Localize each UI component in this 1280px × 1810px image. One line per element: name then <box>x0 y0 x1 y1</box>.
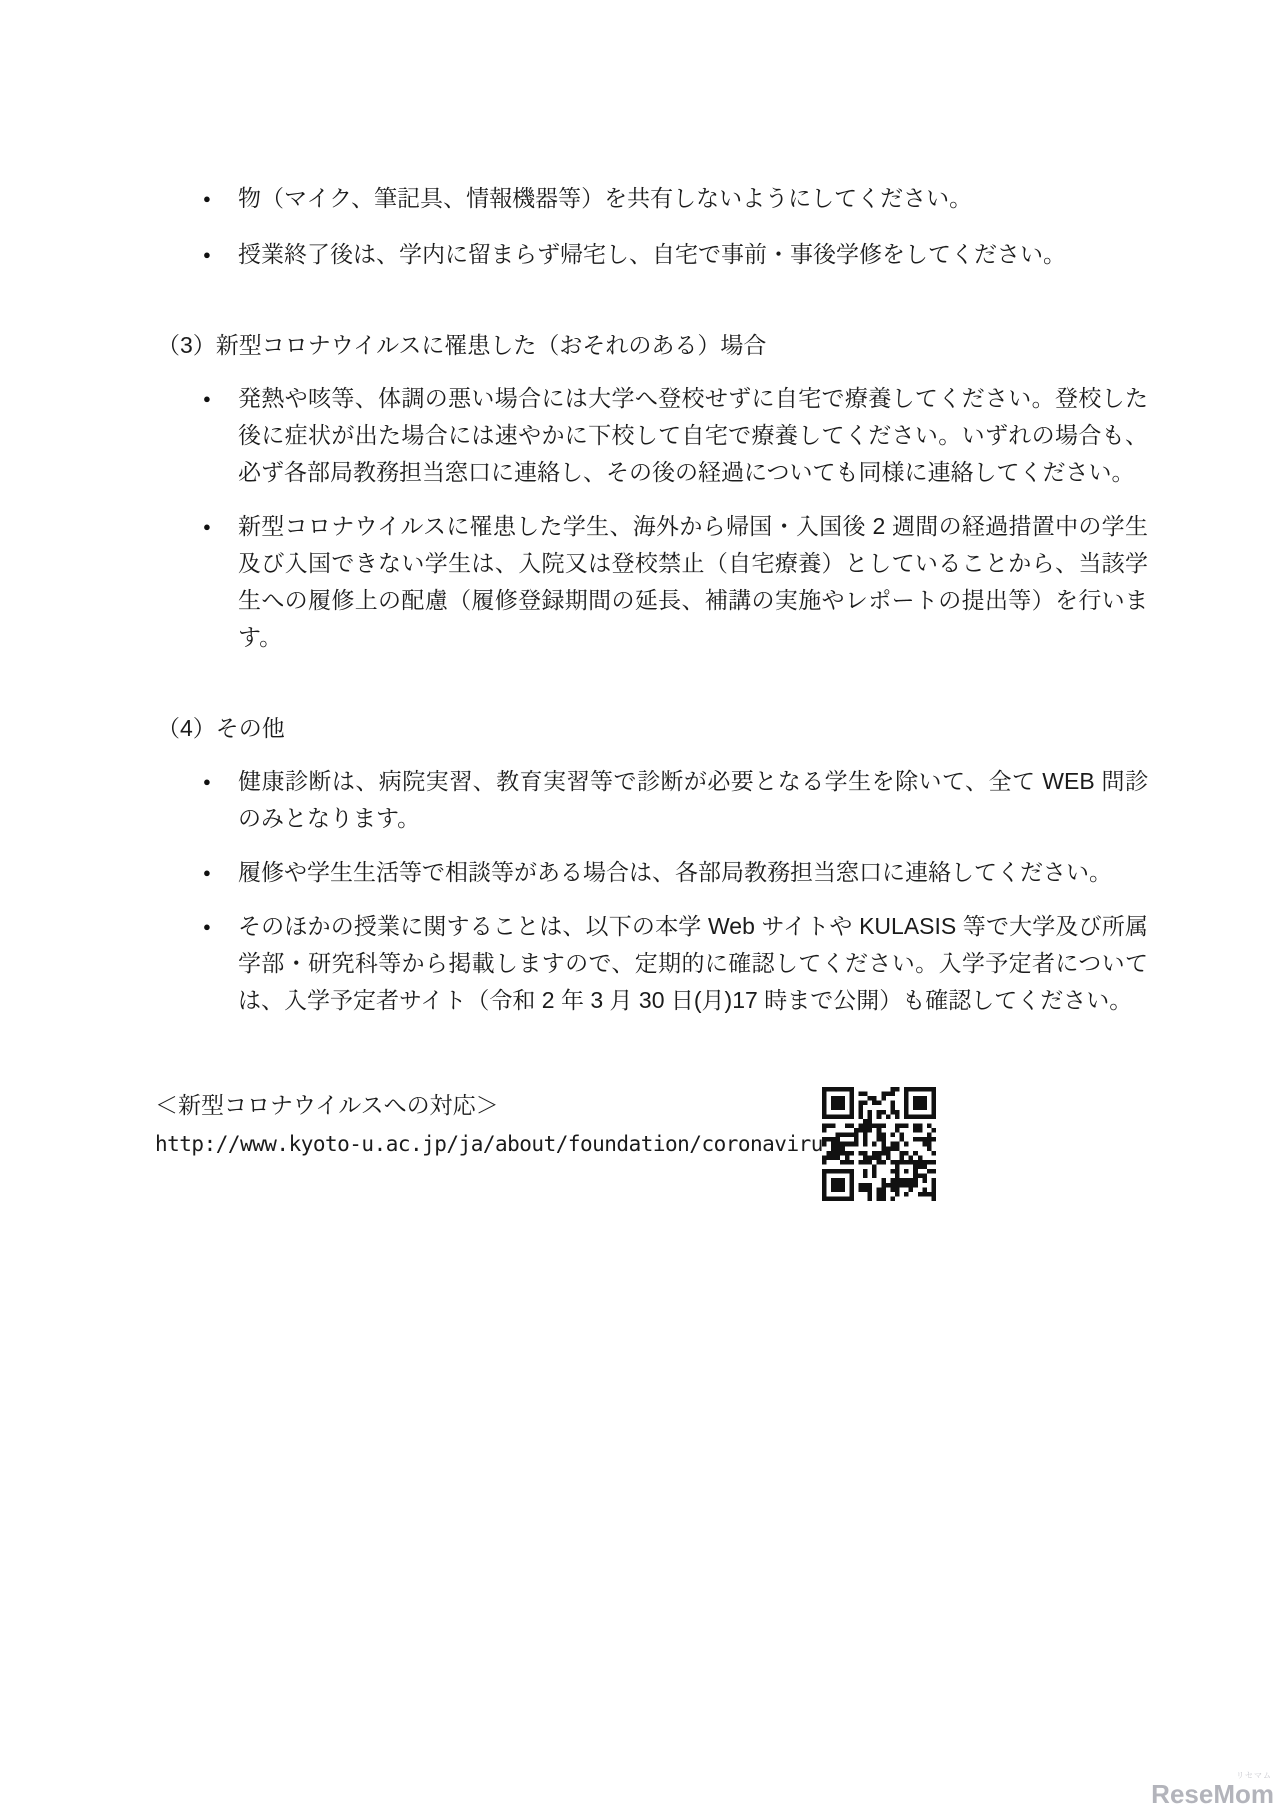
bullet-icon: ● <box>203 508 238 545</box>
bullet-icon: ● <box>203 180 238 217</box>
bullet-icon: ● <box>203 380 238 417</box>
bullet-text: そのほかの授業に関することは、以下の本学 Web サイトや KULASIS 等で… <box>238 908 1148 1019</box>
list-item: ● 物（マイク、筆記具、情報機器等）を共有しないようにしてください。 <box>203 180 1148 217</box>
bullet-text: 発熱や咳等、体調の悪い場合には大学へ登校せずに自宅で療養してください。登校した後… <box>238 380 1148 491</box>
bullet-icon: ● <box>203 763 238 800</box>
resemom-watermark: リセマム ReseMom <box>1151 1772 1274 1808</box>
document-content: ● 物（マイク、筆記具、情報機器等）を共有しないようにしてください。 ● 授業終… <box>0 0 1280 1247</box>
bullet-icon: ● <box>203 908 238 945</box>
list-item: ● 健康診断は、病院実習、教育実習等で診断が必要となる学生を除いて、全て WEB… <box>203 763 1148 837</box>
intro-bullet-list: ● 物（マイク、筆記具、情報機器等）を共有しないようにしてください。 ● 授業終… <box>155 180 1148 273</box>
bullet-icon: ● <box>203 854 238 891</box>
list-item: ● そのほかの授業に関することは、以下の本学 Web サイトや KULASIS … <box>203 908 1148 1019</box>
list-item: ● 履修や学生生活等で相談等がある場合は、各部局教務担当窓口に連絡してください。 <box>203 854 1148 891</box>
bullet-text: 新型コロナウイルスに罹患した学生、海外から帰国・入国後 2 週間の経過措置中の学… <box>238 508 1148 656</box>
bullet-text: 物（マイク、筆記具、情報機器等）を共有しないようにしてください。 <box>238 180 1148 217</box>
footer-label: ＜新型コロナウイルスへの対応＞ <box>155 1087 1148 1124</box>
section-3-bullet-list: ● 発熱や咳等、体調の悪い場合には大学へ登校せずに自宅で療養してください。登校し… <box>155 380 1148 656</box>
section-heading-3: （3）新型コロナウイルスに罹患した（おそれのある）場合 <box>157 327 1148 364</box>
bullet-text: 履修や学生生活等で相談等がある場合は、各部局教務担当窓口に連絡してください。 <box>238 854 1148 891</box>
footer-url: http://www.kyoto-u.ac.jp/ja/about/founda… <box>155 1129 1148 1159</box>
bullet-text: 授業終了後は、学内に留まらず帰宅し、自宅で事前・事後学修をしてください。 <box>238 236 1148 273</box>
bullet-icon: ● <box>203 236 238 273</box>
section-4-bullet-list: ● 健康診断は、病院実習、教育実習等で診断が必要となる学生を除いて、全て WEB… <box>155 763 1148 1019</box>
list-item: ● 発熱や咳等、体調の悪い場合には大学へ登校せずに自宅で療養してください。登校し… <box>203 380 1148 491</box>
document-page: ● 物（マイク、筆記具、情報機器等）を共有しないようにしてください。 ● 授業終… <box>0 0 1280 1810</box>
watermark-text: ReseMom <box>1151 1780 1274 1808</box>
qr-code <box>822 1087 936 1201</box>
bullet-text: 健康診断は、病院実習、教育実習等で診断が必要となる学生を除いて、全て WEB 問… <box>238 763 1148 837</box>
list-item: ● 新型コロナウイルスに罹患した学生、海外から帰国・入国後 2 週間の経過措置中… <box>203 508 1148 656</box>
list-item: ● 授業終了後は、学内に留まらず帰宅し、自宅で事前・事後学修をしてください。 <box>203 236 1148 273</box>
footer: ＜新型コロナウイルスへの対応＞ http://www.kyoto-u.ac.jp… <box>155 1087 1148 1247</box>
section-heading-4: （4）その他 <box>157 710 1148 747</box>
